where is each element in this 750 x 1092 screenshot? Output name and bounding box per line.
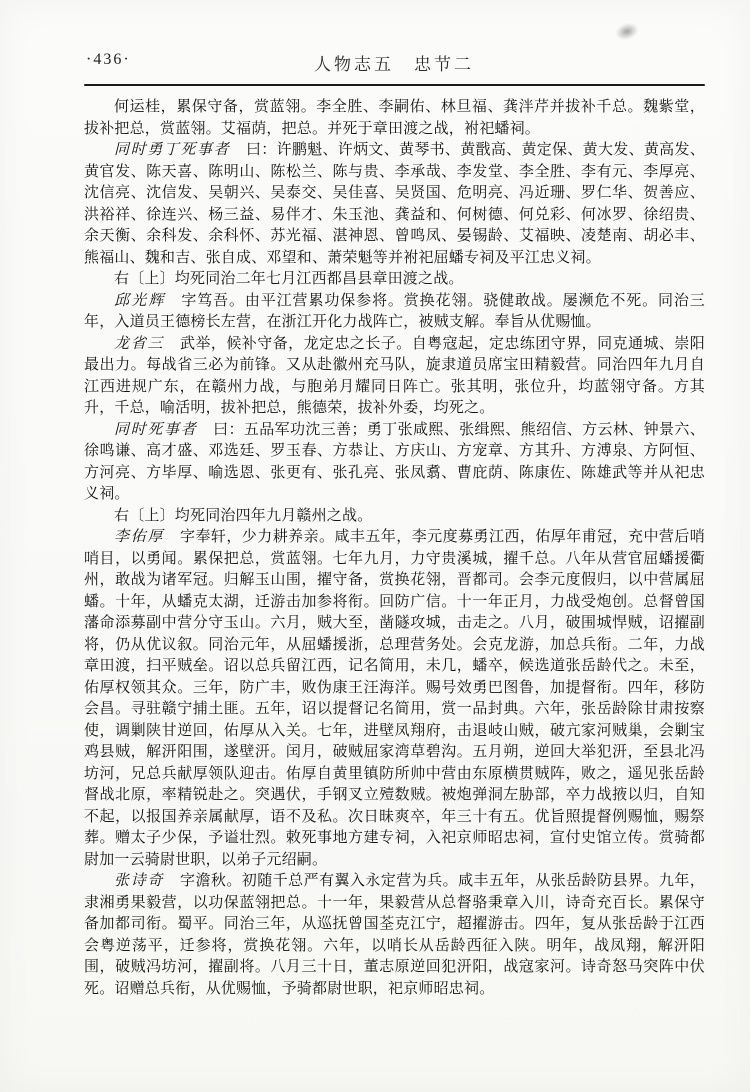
entry-lead: 李佑厚 — [114, 529, 164, 545]
entry-lead: 邱光辉 — [114, 293, 166, 309]
paragraph-battle-note-ganzhou: 右〔上〕均死同治四年九月赣州之战。 — [84, 506, 705, 528]
paragraph-zhang-shiqi: 张诗奇字澹秋。初随千总严有翼入永定营为兵。咸丰五年，从张岳龄防县界。九年，隶湘勇… — [84, 871, 705, 1000]
paragraph-he-yungui: 何运桂，累保守备，赏蓝翎。李全胜、李嗣佑、林旦福、龚泮芹并拔补千总。魏紫堂，拔补… — [84, 97, 705, 140]
paragraph-braves-died-list: 同时勇丁死事者曰：许鹏魁、许炳文、黄琴书、黄戬高、黄定保、黄大发、黄高发、黄官发… — [84, 140, 705, 269]
entry-lead: 同时死事者 — [114, 422, 197, 438]
paragraph-text: 何运桂，累保守备，赏蓝翎。李全胜、李嗣佑、林旦福、龚泮芹并拔补千总。魏紫堂，拔补… — [84, 99, 705, 137]
body-text-block: 何运桂，累保守备，赏蓝翎。李全胜、李嗣佑、林旦福、龚泮芹并拔补千总。魏紫堂，拔补… — [84, 97, 705, 1000]
scan-smudge-artifact — [614, 21, 640, 42]
entry-lead: 龙省三 — [114, 336, 164, 352]
header-divider-rule — [84, 84, 705, 86]
paragraph-text: 武举，候补守备，龙定忠之长子。自粤寇起，定忠练团守界，同克通城、崇阳最出力。每战… — [84, 336, 705, 417]
paragraph-long-shengsan: 龙省三武举，候补守备，龙定忠之长子。自粤寇起，定忠练团守界，同克通城、崇阳最出力… — [84, 334, 705, 420]
paragraph-qiu-guanghui: 邱光辉字笃吾。由平江营累功保参将。赏换花翎。骁健敢战。屡濒危不死。同治三年，入道… — [84, 291, 705, 334]
entry-lead: 张诗奇 — [114, 873, 164, 889]
paragraph-text: 字笃吾。由平江营累功保参将。赏换花翎。骁健敢战。屡濒危不死。同治三年，入道员王德… — [84, 293, 705, 331]
running-head-title: 人物志五 忠节二 — [84, 50, 704, 75]
paragraph-text: 字奉轩，少力耕养亲。咸丰五年，李元度募勇江西，佑厚年甫冠，充中营后哨哨目，以勇闻… — [84, 529, 705, 868]
paragraph-text: 曰：许鹏魁、许炳文、黄琴书、黄戬高、黄定保、黄大发、黄高发、黄官发、陈天喜、陈明… — [84, 142, 705, 266]
page-header: ·436· 人物志五 忠节二 — [84, 48, 704, 78]
paragraph-died-same-time-list: 同时死事者曰：五品军功沈三善；勇丁张咸熙、张缉熙、熊绍信、方云林、钟景六、徐鸣谦… — [84, 420, 705, 506]
scanned-book-page: ·436· 人物志五 忠节二 何运桂，累保守备，赏蓝翎。李全胜、李嗣佑、林旦福、… — [0, 0, 750, 1092]
paragraph-text: 右〔上〕均死同治二年七月江西都昌县章田渡之战。 — [114, 271, 464, 287]
paragraph-battle-note-zhangtiandu: 右〔上〕均死同治二年七月江西都昌县章田渡之战。 — [84, 269, 705, 291]
paragraph-text: 右〔上〕均死同治四年九月赣州之战。 — [114, 508, 372, 524]
entry-lead: 同时勇丁死事者 — [114, 142, 230, 158]
paragraph-li-youhou: 李佑厚字奉轩，少力耕养亲。咸丰五年，李元度募勇江西，佑厚年甫冠，充中营后哨哨目，… — [84, 527, 705, 871]
paragraph-text: 字澹秋。初随千总严有翼入永定营为兵。咸丰五年，从张岳龄防县界。九年，隶湘勇果毅营… — [84, 873, 705, 997]
